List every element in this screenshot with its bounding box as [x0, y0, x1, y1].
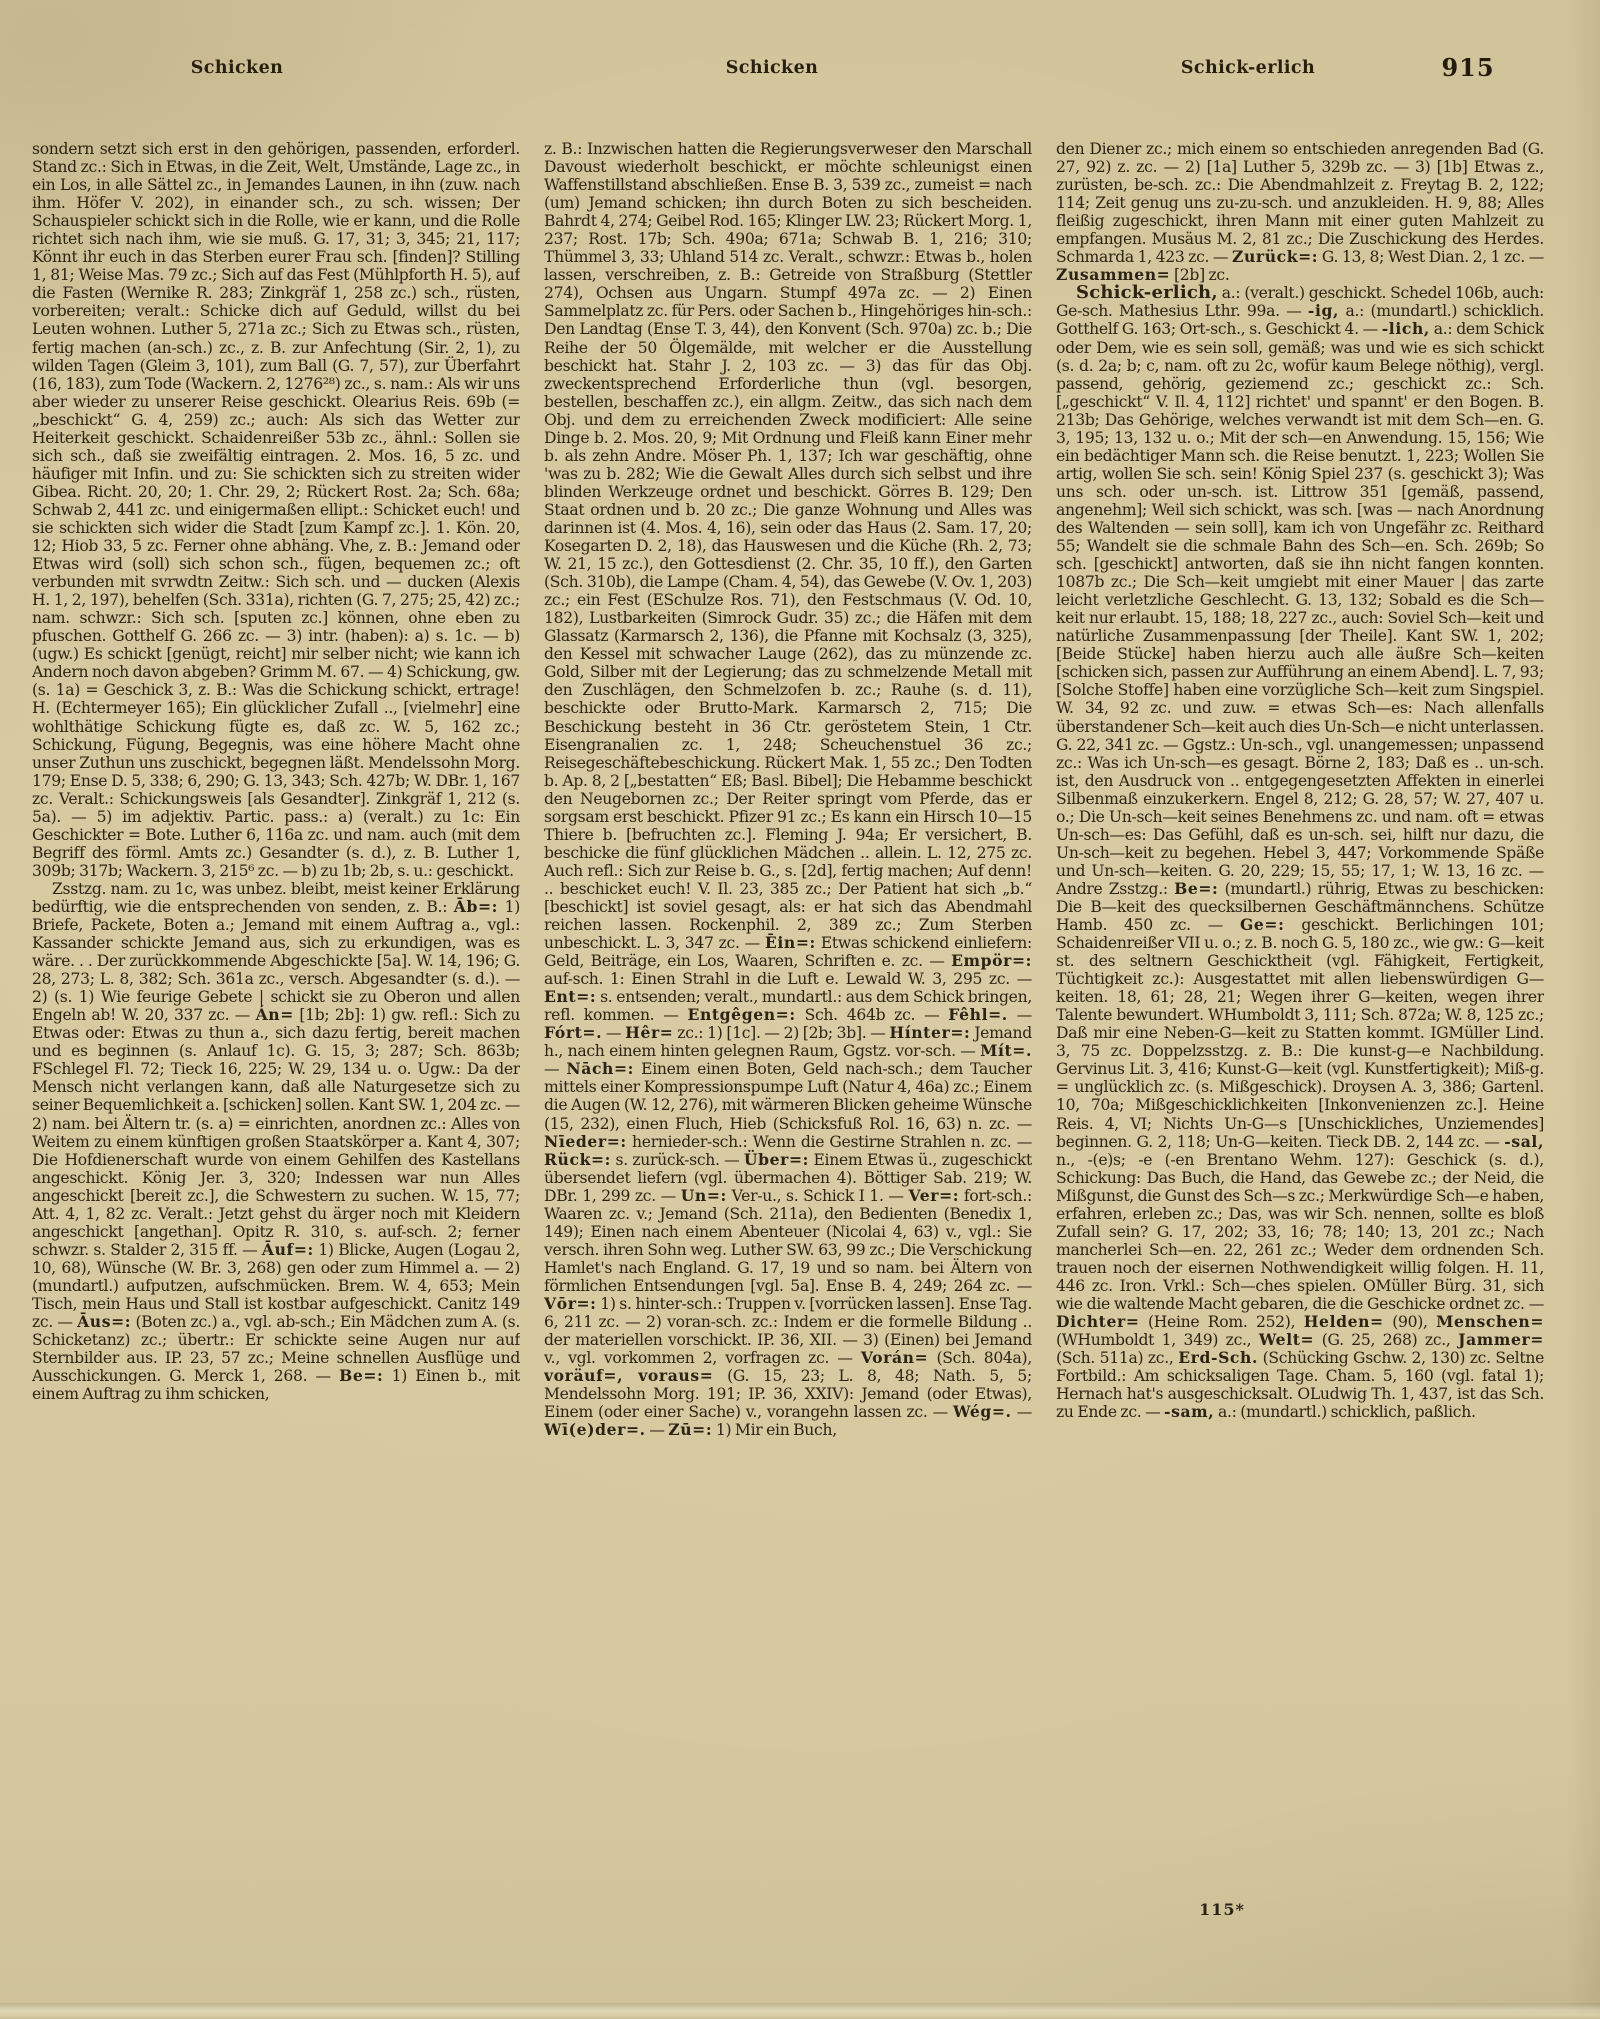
text-run: 1) Mir ein Buch, [712, 1421, 837, 1439]
headword: Nāch=: [566, 1059, 634, 1078]
headword: -sal, [1504, 1132, 1544, 1151]
headword: -ig, [1308, 301, 1339, 320]
headword: Un=: [681, 1186, 727, 1205]
headword: Wég=. [953, 1402, 1012, 1421]
scan-right-shading [1566, 0, 1600, 2019]
headword: Be=: [339, 1366, 383, 1385]
text-run: (90), [1384, 1313, 1436, 1331]
text-run: a.: (mundartl.) schicklich, paßlich. [1214, 1403, 1475, 1421]
text-run: — [544, 1060, 566, 1078]
text-columns: sondern setzt sich erst in den gehörigen… [32, 140, 1544, 1908]
headword: Ver=: [908, 1186, 959, 1205]
text-run: (Heine Rom. 252), [1140, 1313, 1304, 1331]
text-run: geschickt. Berlichingen 101; Schaidenrei… [1056, 916, 1544, 1151]
scan-bottom-edge [0, 2003, 1600, 2019]
text-run: Zsstzg. nam. zu 1c, was unbez. bleibt, m… [32, 880, 520, 916]
headword: Fórt=. [544, 1023, 602, 1042]
headword: Vōr=: [544, 1294, 597, 1313]
text-run: G. 13, 8; West Dian. 2, 1 zc. — [1318, 248, 1544, 266]
headword: Rück=: [544, 1150, 611, 1169]
headword: voräuf=, voraus= [544, 1366, 713, 1385]
headword: Empör=: [951, 951, 1032, 970]
headword: Fêhl=. [948, 1005, 1008, 1024]
headword: Schick-erlich, [1076, 282, 1218, 303]
headword: Āus=: [77, 1312, 131, 1331]
headword: Helden= [1304, 1312, 1384, 1331]
page-header: Schicken Schicken Schick-erlich 915 [0, 58, 1600, 88]
paragraph: den Diener zc.; mich einem so entschiede… [1056, 140, 1544, 284]
dictionary-page-scan: Schicken Schicken Schick-erlich 915 sond… [0, 0, 1600, 2019]
headword: -sam, [1164, 1402, 1214, 1421]
paragraph: Zsstzg. nam. zu 1c, was unbez. bleibt, m… [32, 880, 520, 1403]
text-run: — [1008, 1006, 1032, 1024]
text-run: (Sch. 804a), [928, 1349, 1032, 1367]
text-run: s. zurück-sch. — [611, 1151, 744, 1169]
headword: Hínter=: [889, 1023, 970, 1042]
headword: Ent=: [544, 987, 596, 1006]
headword: Zurück=: [1232, 247, 1318, 266]
headword: Āb=: [454, 897, 498, 916]
running-head-left: Schicken [191, 58, 284, 78]
text-run: (WHumboldt 1, 349) zc., [1056, 1331, 1259, 1349]
text-run: (G. 25, 268) zc., [1314, 1331, 1458, 1349]
headword: Āuf=: [262, 1240, 314, 1259]
running-head-right: Schick-erlich [1181, 58, 1315, 78]
headword: Erd-Sch. [1178, 1348, 1258, 1367]
headword: Wī(e)der=. [544, 1420, 646, 1439]
headword: Mít=. [980, 1041, 1032, 1060]
text-run: sondern setzt sich erst in den gehörigen… [32, 140, 520, 880]
text-run: — [646, 1421, 669, 1439]
text-run: — [602, 1024, 625, 1042]
headword: Welt= [1259, 1330, 1314, 1349]
paragraph: z. B.: Inzwischen hatten die Regierungsv… [544, 140, 1032, 1439]
page-footer: 115* [1199, 1900, 1245, 1919]
headword: Hêr= [625, 1023, 673, 1042]
headword: Zū=: [668, 1420, 712, 1439]
text-run: (Sch. 511a) zc., [1056, 1349, 1178, 1367]
headword: Ge=: [1240, 915, 1284, 934]
headword: Ēin=: [765, 933, 816, 952]
paragraph: Schick-erlich, a.: (veralt.) geschickt. … [1056, 284, 1544, 1421]
headword: Entgêgen=: [687, 1005, 795, 1024]
headword: Án= [256, 1005, 294, 1024]
headword: Über=: [744, 1150, 809, 1169]
text-run: a.: dem Schick oder Dem, wie es sein sol… [1056, 320, 1544, 897]
text-column-2: z. B.: Inzwischen hatten die Regierungsv… [544, 140, 1032, 1908]
headword: Vorán= [861, 1348, 928, 1367]
text-run: auf-sch. 1: Einen Strahl in die Luft e. … [544, 970, 1032, 988]
text-column-1: sondern setzt sich erst in den gehörigen… [32, 140, 520, 1908]
headword: Jammer= [1458, 1330, 1544, 1349]
text-run: hernieder-sch.: Wenn die Gestirne Strahl… [627, 1133, 1032, 1151]
printer-signature-mark: 115* [1199, 1900, 1245, 1919]
paragraph: sondern setzt sich erst in den gehörigen… [32, 140, 520, 880]
headword: Nīeder=: [544, 1132, 627, 1151]
text-run: Ver-u., s. Schick I 1. — [727, 1187, 909, 1205]
text-run: zc.: 1) [1c]. — 2) [2b; 3b]. — [673, 1024, 889, 1042]
text-run: — [1012, 1403, 1032, 1421]
headword: Be=: [1174, 879, 1218, 898]
page-number: 915 [1441, 53, 1494, 82]
text-run: z. B.: Inzwischen hatten die Regierungsv… [544, 140, 1032, 952]
text-run: [1b; 2b]: 1) gw. refl.: Sich zu Etwas od… [32, 1006, 520, 1259]
headword: Dichter= [1056, 1312, 1140, 1331]
headword: Menschen= [1436, 1312, 1544, 1331]
text-column-3: den Diener zc.; mich einem so entschiede… [1056, 140, 1544, 1908]
text-run: n., -(e)s; -e (-en Brentano Wehm. 127): … [1056, 1151, 1544, 1313]
running-head-center: Schicken [726, 58, 819, 78]
text-run: Sch. 464b zc. — [796, 1006, 949, 1024]
headword: -lich, [1382, 319, 1430, 338]
